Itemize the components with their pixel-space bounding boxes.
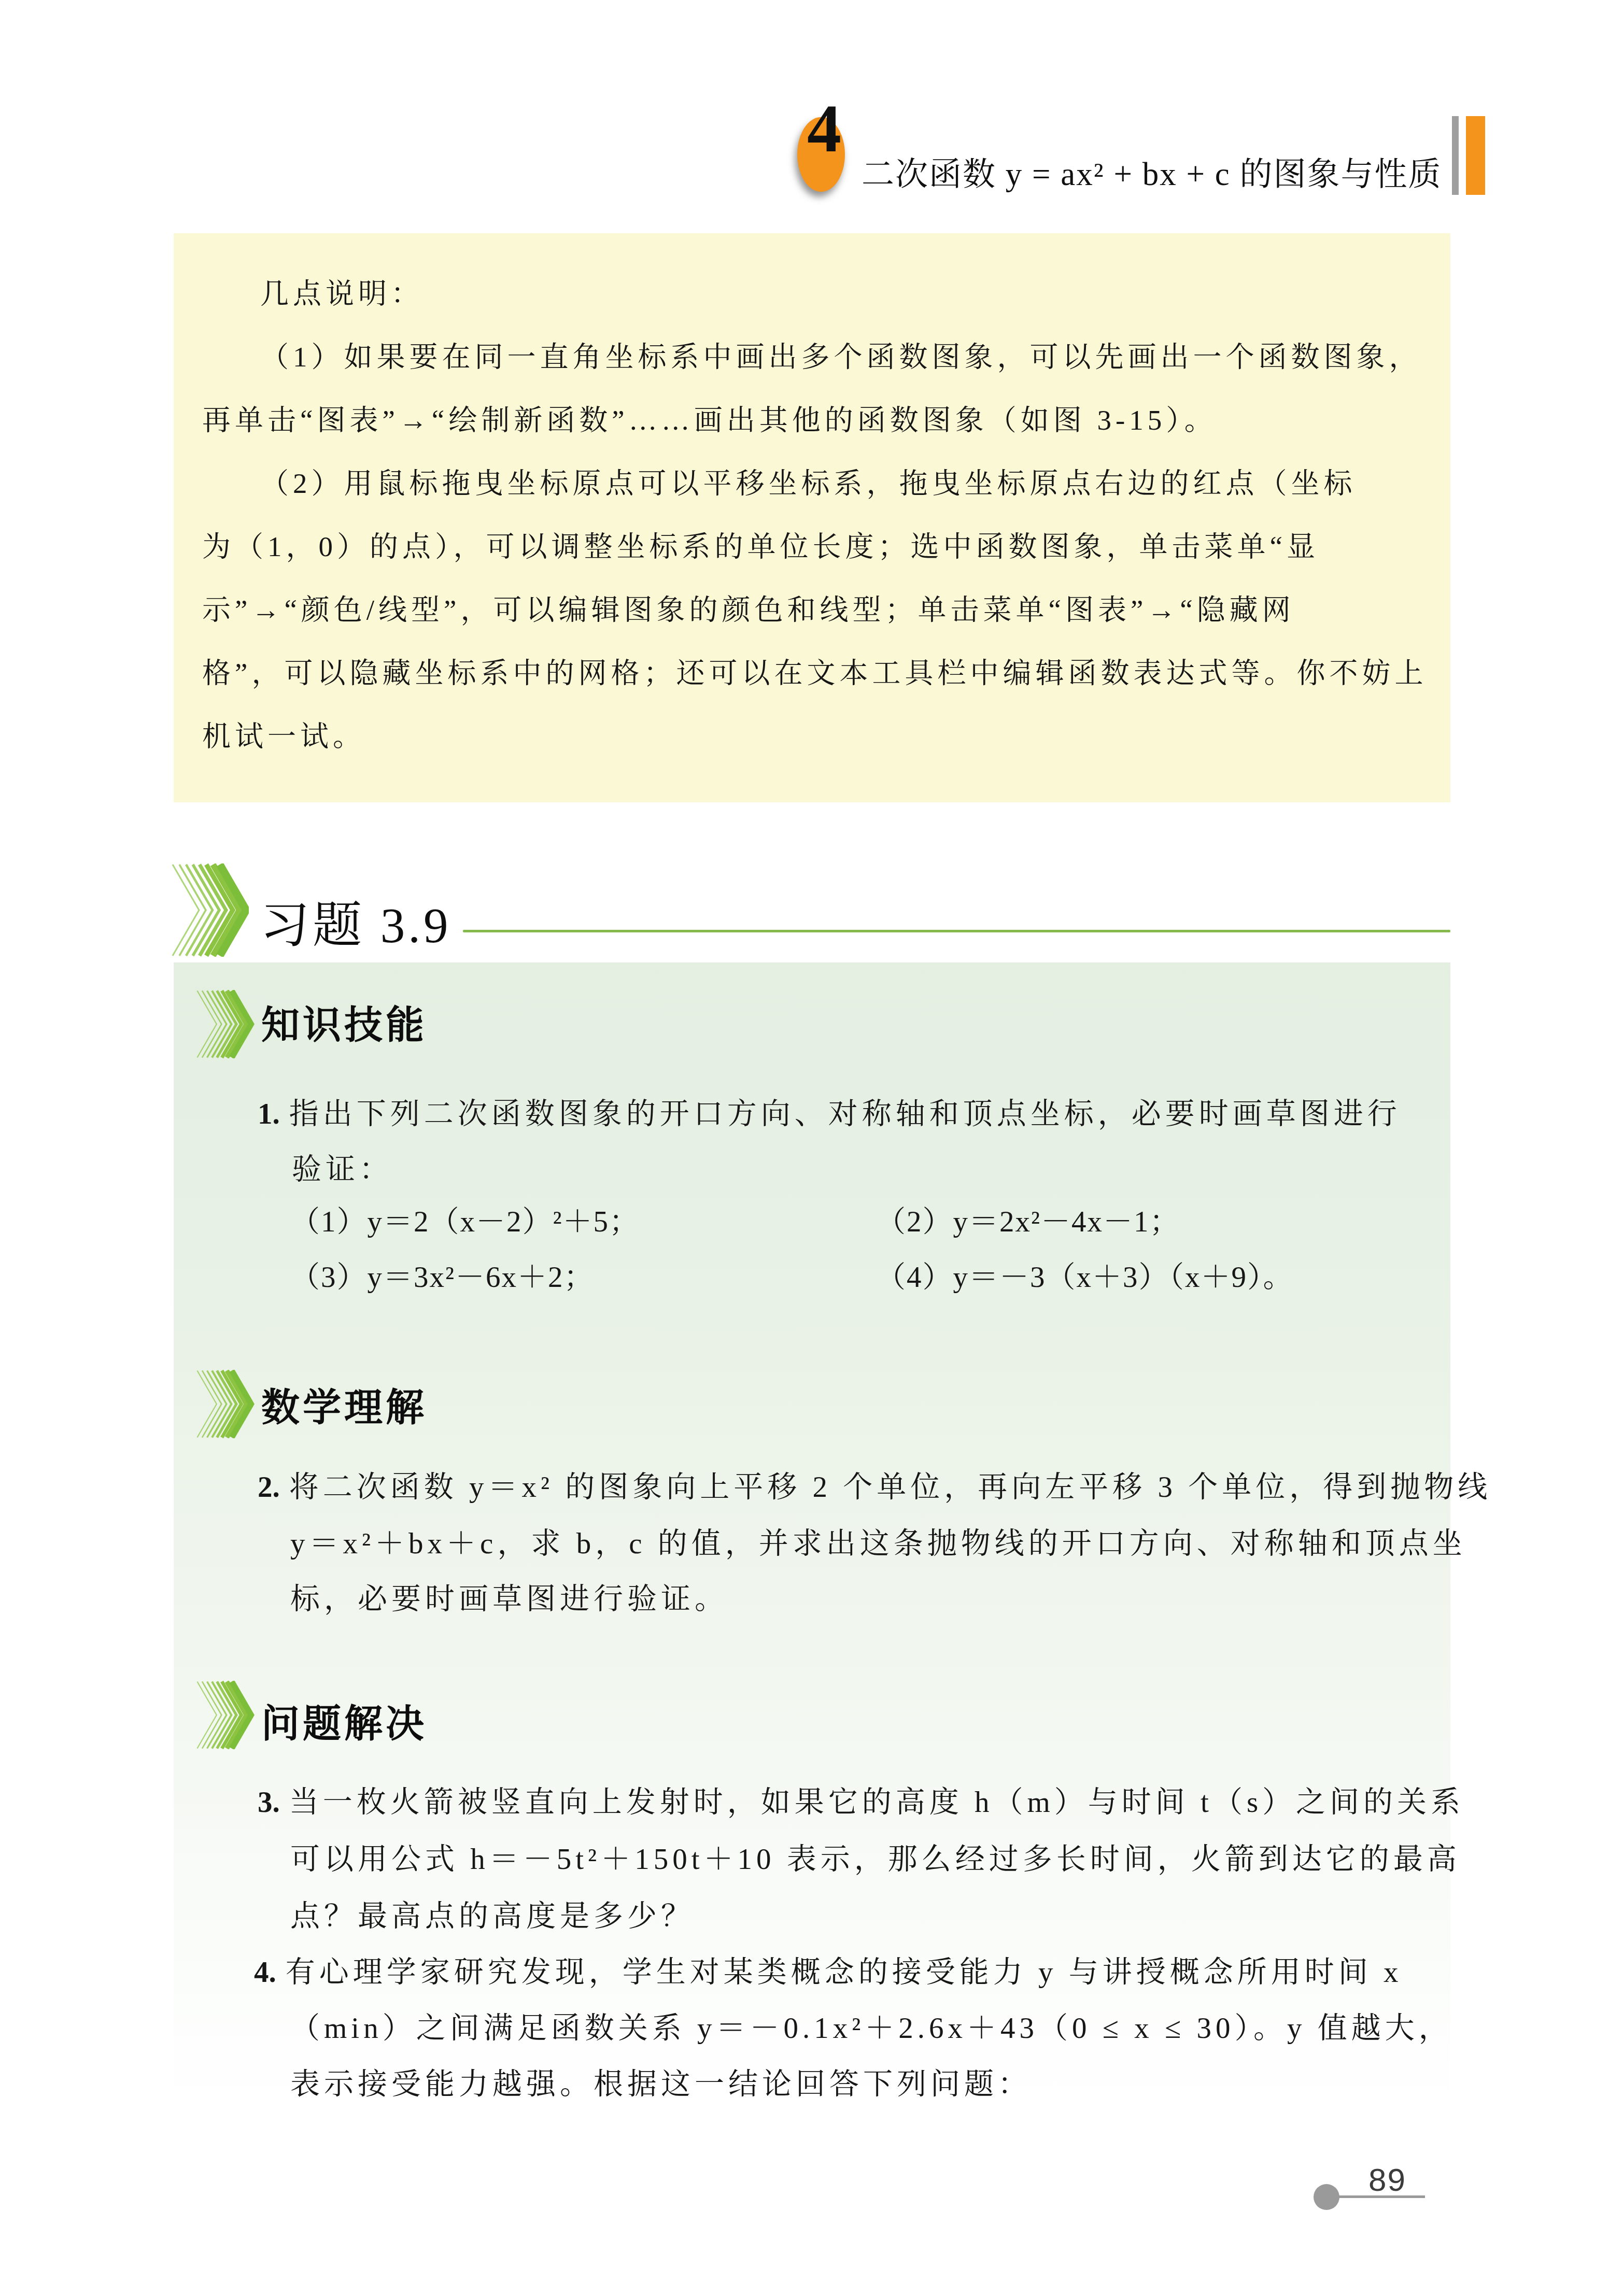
chevron-icon-small [194,1370,255,1438]
problem-4-line-2: （min）之间满足函数关系 y＝－0.1x²＋2.6x＋43（0 ≤ x ≤ 3… [290,2011,1452,2046]
chevron-icon-small [194,1681,255,1749]
problem-4-line-3: 表示接受能力越强。根据这一结论回答下列问题： [290,2067,1032,2102]
exercise-title-rule [463,930,1450,932]
textbook-page: 4 二次函数 y = ax² + bx + c 的图象与性质 几点说明： （1）… [0,0,1623,2296]
chevron-icon-large [170,863,249,957]
problem-number: 3. [258,1786,280,1819]
problem-1-equation-4: （4）y＝－3（x＋3）（x＋9）。 [876,1260,1294,1295]
page-number: 89 [1368,2164,1406,2196]
problem-text: 当一枚火箭被竖直向上发射时，如果它的高度 h（m）与时间 t（s）之间的关系 [289,1786,1464,1819]
chapter-title: 二次函数 y = ax² + bx + c 的图象与性质 [862,153,1442,195]
problem-2-line-2: y＝x²＋bx＋c，求 b，c 的值，并求出这条抛物线的开口方向、对称轴和顶点坐 [290,1526,1466,1562]
problem-text: 有心理学家研究发现，学生对某类概念的接受能力 y 与讲授概念所用时间 x [286,1956,1403,1989]
chevron-icon-small [194,990,255,1058]
note-line: 示”→“颜色/线型”，可以编辑图象的颜色和线型；单击菜单“图表”→“隐藏网 [202,578,1422,642]
note-box: 几点说明： （1）如果要在同一直角坐标系中画出多个函数图象，可以先画出一个函数图… [174,233,1450,802]
problem-2-line-1: 2.将二次函数 y＝x² 的图象向上平移 2 个单位，再向左平移 3 个单位，得… [258,1470,1491,1505]
note-line: （2）用鼠标拖曳坐标原点可以平移坐标系，拖曳坐标原点右边的红点（坐标 [202,452,1422,515]
problem-text: 将二次函数 y＝x² 的图象向上平移 2 个单位，再向左平移 3 个单位，得到抛… [289,1471,1492,1504]
section-heading-knowledge-skills: 知识技能 [261,1004,427,1046]
header-bar-orange [1466,116,1485,195]
note-line: 再单击“图表”→“绘制新函数”……画出其他的函数图象（如图 3-15）。 [202,389,1422,452]
problem-text: 指出下列二次函数图象的开口方向、对称轴和顶点坐标，必要时画草图进行 [289,1098,1401,1130]
problem-3-line-2: 可以用公式 h＝－5t²＋150t＋10 表示，那么经过多长时间，火箭到达它的最… [290,1842,1461,1877]
problem-2-line-3: 标，必要时画草图进行验证。 [290,1582,728,1617]
exercise-title: 习题 3.9 [260,895,451,957]
problem-3-line-1: 3.当一枚火箭被竖直向上发射时，如果它的高度 h（m）与时间 t（s）之间的关系 [258,1785,1464,1820]
note-line: 格”，可以隐藏坐标系中的网格；还可以在文本工具栏中编辑函数表达式等。你不妨上 [202,642,1422,705]
problem-1-equation-2: （2）y＝2x²－4x－1； [876,1204,1180,1240]
header-bar-gray [1452,116,1459,195]
note-line: 几点说明： [202,262,1422,325]
problem-number: 4. [254,1956,276,1989]
problem-1-line-1: 1.指出下列二次函数图象的开口方向、对称轴和顶点坐标，必要时画草图进行 [258,1097,1401,1132]
problem-4-line-1: 4.有心理学家研究发现，学生对某类概念的接受能力 y 与讲授概念所用时间 x [254,1955,1403,1990]
problem-1-equation-1: （1）y＝2（x－2）²＋5； [290,1204,640,1240]
problem-1-equation-3: （3）y＝3x²－6x＋2； [290,1260,595,1295]
note-line: （1）如果要在同一直角坐标系中画出多个函数图象，可以先画出一个函数图象， [202,325,1422,389]
problem-number: 1. [258,1098,280,1130]
problem-number: 2. [258,1471,280,1504]
note-line: 为（1，0）的点），可以调整坐标系的单位长度；选中函数图象，单击菜单“显 [202,515,1422,578]
chapter-number: 4 [800,87,848,170]
problem-3-line-3: 点？最高点的高度是多少？ [290,1899,695,1934]
section-heading-math-understanding: 数学理解 [261,1387,427,1428]
problem-1-line-2: 验证： [292,1152,393,1187]
section-heading-problem-solving: 问题解决 [261,1703,427,1745]
note-line: 机试一试。 [202,705,1422,768]
